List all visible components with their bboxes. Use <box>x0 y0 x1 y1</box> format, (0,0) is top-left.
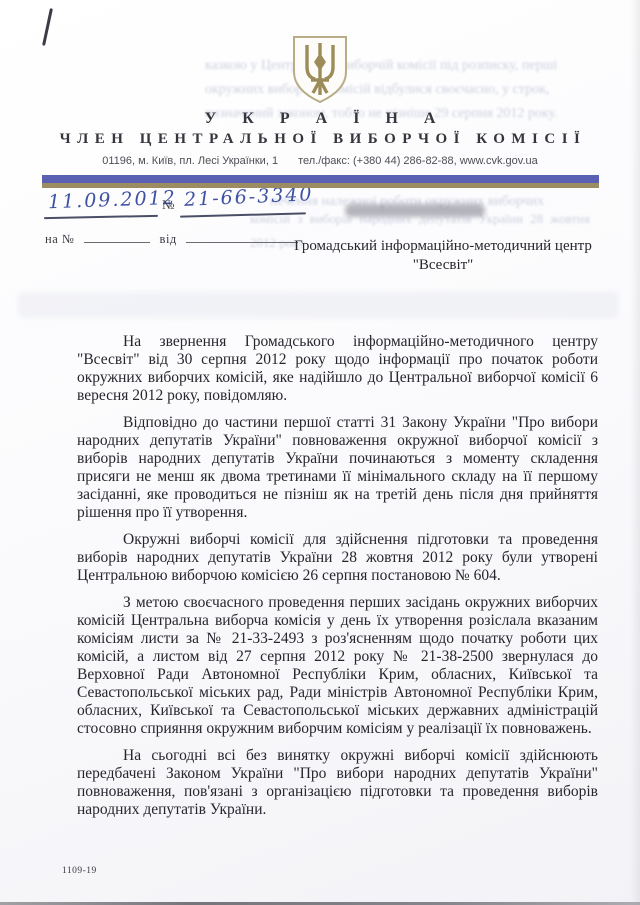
letterhead-address-row: 01196, м. Київ, пл. Лесі Українки, 1 тел… <box>0 155 640 167</box>
scan-crease-shadow <box>18 292 618 318</box>
letterhead-stripe <box>42 175 599 188</box>
recipient-block: Громадський інформаційно-методичний цент… <box>278 237 608 275</box>
ink-smudge <box>345 204 485 217</box>
body-paragraph: Відповідно до частини першої статті 31 З… <box>77 414 598 522</box>
reply-number-blank <box>84 231 150 243</box>
bleedthrough-line: казкою у Центральній виборчій комісії пі… <box>205 54 635 78</box>
country-name: У К Р А Ї Н А <box>0 110 640 128</box>
trident-emblem-icon <box>288 34 352 106</box>
body-paragraph: Окружні виборчі комісії для здійснення п… <box>77 531 598 585</box>
reply-from-label: від <box>160 232 177 246</box>
organization-title: ЧЛЕН ЦЕНТРАЛЬНОЇ ВИБОРЧОЇ КОМІСІЇ <box>0 131 640 148</box>
reply-reference-line: на № від <box>45 231 304 247</box>
stripe-gold-bar <box>42 183 599 188</box>
body-paragraph: На звернення Громадського інформаційно-м… <box>77 333 598 405</box>
pen-mark <box>42 8 53 46</box>
bleedthrough-line: окружних виборчих комісій відбулися своє… <box>205 78 635 102</box>
body-paragraph: З метою своєчасного проведення перших за… <box>77 594 598 738</box>
reply-number-label: на № <box>45 232 74 246</box>
letter-body: На звернення Громадського інформаційно-м… <box>77 333 598 828</box>
doc-code: 1109-19 <box>62 866 97 876</box>
recipient-name: Громадський інформаційно-методичний цент… <box>278 237 608 256</box>
stripe-blue-bar <box>42 175 599 183</box>
date-underline <box>44 215 158 219</box>
number-sign: № <box>162 197 174 213</box>
contact-line: тел./факс: (+380 44) 286-82-88, www.cvk.… <box>298 155 538 167</box>
address-line: 01196, м. Київ, пл. Лесі Українки, 1 <box>102 155 278 167</box>
scanned-letter-page: казкою у Центральній виборчій комісії пі… <box>0 0 640 905</box>
outgoing-date-handwritten: 11.09.2012 <box>48 187 177 213</box>
body-paragraph: На сьогодні всі без винятку окружні вибо… <box>77 747 598 819</box>
recipient-quoted-name: "Всесвіт" <box>278 256 608 275</box>
